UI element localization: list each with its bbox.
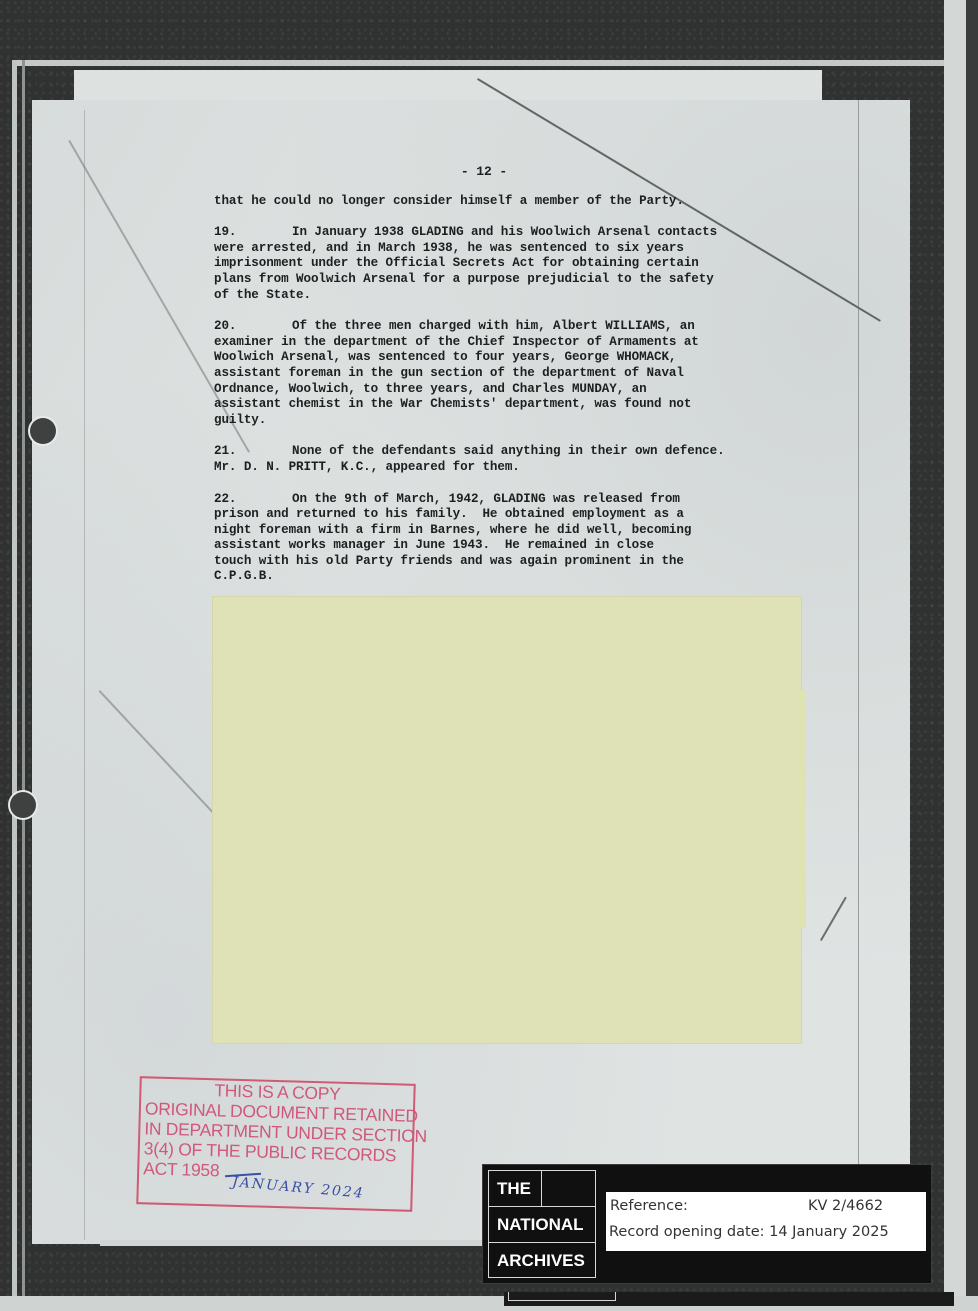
logo-row: ARCHIVES	[489, 1243, 595, 1278]
folder-edge-left	[12, 60, 17, 1310]
logo-row: THE	[489, 1171, 595, 1207]
scan-edge-strip	[944, 0, 966, 1311]
typed-text: - 12 - that he could no longer consider …	[214, 164, 774, 601]
paragraph-number: 20.	[214, 319, 292, 335]
archive-label: THE NATIONAL ARCHIVES Reference: KV 2/46…	[482, 1164, 932, 1284]
paragraph-continued: that he could no longer consider himself…	[214, 194, 774, 210]
paragraph-20: 20.Of the three men charged with him, Al…	[214, 319, 774, 428]
folder-edge-left-shadow	[22, 60, 25, 1310]
paragraph-19: 19.In January 1938 GLADING and his Woolw…	[214, 225, 774, 303]
logo-text: NATIONAL	[497, 1215, 584, 1235]
paragraph-text: that he could no longer consider himself…	[214, 194, 684, 208]
paragraph-number: 22.	[214, 492, 292, 508]
logo-text: ARCHIVES	[497, 1251, 585, 1271]
paragraph-number: 19.	[214, 225, 292, 241]
paragraph-21: 21.None of the defendants said anything …	[214, 444, 774, 475]
paragraph-22: 22.On the 9th of March, 1942, GLADING wa…	[214, 492, 774, 586]
reference-label: Reference:	[610, 1198, 688, 1214]
fold-line	[84, 110, 85, 1240]
paragraph-number: 21.	[214, 444, 292, 460]
opening-date-label: Record opening date:	[609, 1224, 765, 1240]
redaction-slip	[212, 596, 802, 1044]
page-number: - 12 -	[214, 164, 774, 180]
opening-date: Record opening date: 14 January 2025	[609, 1224, 889, 1240]
paragraph-text: Of the three men charged with him, Alber…	[214, 319, 699, 427]
scan-edge-dark	[966, 0, 978, 1311]
logo-row: NATIONAL	[489, 1207, 595, 1243]
folder-edge-top	[12, 60, 944, 66]
punch-hole-bottom	[10, 792, 36, 818]
national-archives-logo: THE NATIONAL ARCHIVES	[488, 1170, 596, 1278]
opening-date-value: 14 January 2025	[769, 1224, 889, 1240]
reference-value: KV 2/4662	[808, 1198, 883, 1214]
record-info-box: Reference: KV 2/4662 Record opening date…	[606, 1192, 926, 1251]
redaction-slip-edge	[800, 690, 806, 928]
fold-line	[858, 100, 859, 1240]
logo-text: THE	[497, 1179, 531, 1199]
punch-hole-top	[30, 418, 56, 444]
label-shadow-box	[508, 1292, 616, 1301]
